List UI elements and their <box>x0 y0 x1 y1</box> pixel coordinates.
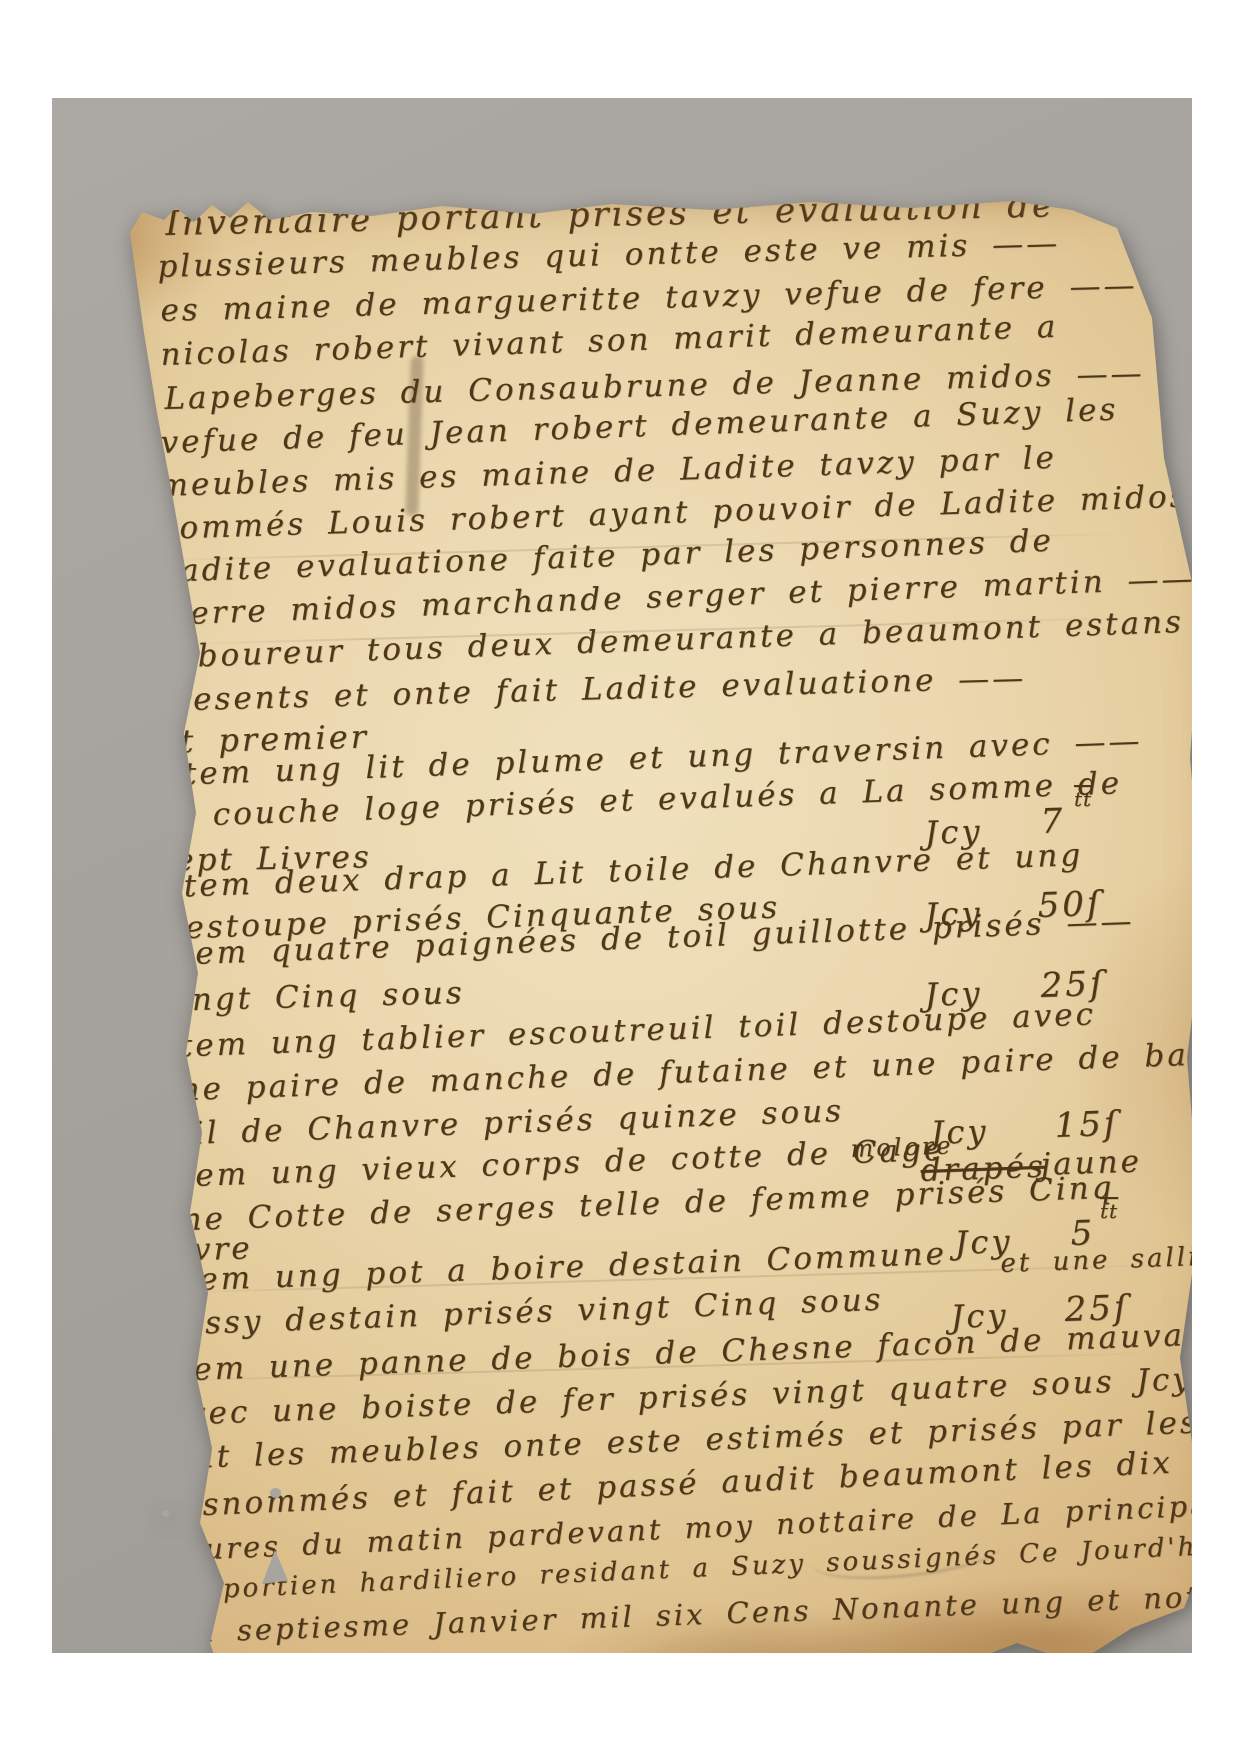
manuscript-line: une Cotte de serges telle de femme prisé… <box>158 1171 1115 1238</box>
manuscript-line: drapés <box>920 1150 1046 1188</box>
manuscript-line: meubles mis es maine de Ladite tavzy par… <box>158 441 1057 503</box>
manuscript-line: vefue de feu Jean robert demeurante a Su… <box>160 393 1119 461</box>
faint-scribble <box>810 1524 1003 1587</box>
paper-crease <box>172 617 1132 646</box>
manuscript-line: Item une panne de bois de Chesne facon d… <box>162 1316 1192 1388</box>
scanned-page: Inventaire portant prisés et evaluation … <box>0 0 1239 1754</box>
manuscript-line: 15ſ <box>1054 1106 1120 1146</box>
manuscript-line: dix septiesme Janvier mil six Cens Nonan… <box>162 1581 1192 1650</box>
manuscript-paper-wrapper: Inventaire portant prisés et evaluation … <box>112 198 1192 1653</box>
paper-crease <box>158 1352 1158 1382</box>
manuscript-line: susnommés et fait et passé audit beaumon… <box>160 1446 1173 1524</box>
manuscript-line: Laboureur tous deux demeurante a beaumon… <box>152 605 1184 675</box>
manuscript-line: es maine de margueritte tavzy vefue de f… <box>160 268 1138 328</box>
manuscript-line: destoupe prisés Cinquante sous <box>162 890 781 946</box>
ink-smear <box>405 356 424 516</box>
manuscript-line: pierre midos marchande serger et pierre … <box>154 562 1192 632</box>
manuscript-line: la couche loge prisés et evalués a La so… <box>156 766 1123 834</box>
manuscript-line: Item ung tablier escoutreuil toil destou… <box>164 997 1096 1064</box>
manuscript-line: tout les meubles onte este estimés et pr… <box>156 1403 1192 1476</box>
manuscript-line: aussy destain prisés vingt Cinq sous <box>160 1283 884 1342</box>
manuscript-line: nicolas robert vivant son marit demeuran… <box>160 310 1059 372</box>
paper-crease <box>152 532 1132 561</box>
manuscript-line: Jcy <box>930 1114 989 1151</box>
manuscript-line: Jcy <box>924 896 983 933</box>
manuscript-line: presents et onte fait Ladite evaluatione… <box>152 661 1027 718</box>
manuscript-line: Livre <box>156 1231 253 1268</box>
manuscript-line: et une salliere <box>1000 1241 1192 1278</box>
manuscript-line: 5 <box>1070 1215 1096 1253</box>
manuscript-line: toil de Chanvre prisés quinze sous <box>156 1094 845 1152</box>
manuscript-line: 50ſ <box>1037 886 1103 926</box>
manuscript-line: Jcy <box>924 814 983 851</box>
manuscript-paper: Inventaire portant prisés et evaluation … <box>112 198 1192 1653</box>
scanner-background: Inventaire portant prisés et evaluation … <box>52 98 1192 1653</box>
manuscript-line: heures du matin pardevant moy nottaire d… <box>162 1487 1192 1568</box>
manuscript-line: plussieurs meubles qui ontte este ve mis… <box>157 226 1061 284</box>
paper-hole <box>270 1488 281 1498</box>
paper-hole <box>162 1510 169 1517</box>
manuscript-line: tt <box>1100 1200 1118 1222</box>
manuscript-line: avec une boiste de fer prisés vingt quat… <box>166 1359 1192 1432</box>
manuscript-line: Item ung pot a boire destain Commune <box>168 1237 947 1298</box>
manuscript-line: molore <box>850 1132 954 1162</box>
manuscript-line: nommés Louis robert ayant pouvoir de Lad… <box>156 480 1189 547</box>
marginal-note: 14 <box>148 687 192 723</box>
manuscript-line: Item ung lit de plume et ung traversin a… <box>168 724 1143 792</box>
manuscript-line: vingt Cinq sous <box>158 976 465 1018</box>
manuscript-line: Item deux drap a Lit toile de Chanvre et… <box>168 838 1084 904</box>
manuscript-line: Jcy <box>950 1298 1009 1335</box>
manuscript-line: Ladite evaluatione faite par les personn… <box>156 524 1054 589</box>
manuscript-line: Jcy <box>954 1224 1013 1261</box>
manuscript-line: 25ſ <box>1040 966 1106 1006</box>
paper-crease <box>162 1264 1162 1294</box>
manuscript-line: 25ſ <box>1064 1290 1130 1330</box>
manuscript-line: Lapeberges du Consaubrune de Jeanne mido… <box>164 356 1145 416</box>
manuscript-line: Inventaire portant prisés et evaluation … <box>165 185 1152 243</box>
manuscript-line: Item ung vieux corps de cotte de Cage <box>164 1133 946 1194</box>
manuscript-line: sept Livres <box>156 840 372 878</box>
manuscript-line: et premier <box>158 719 369 760</box>
manuscript-line: Item quatre paignées de toil guillotte p… <box>164 904 1135 972</box>
manuscript-line: une paire de manche de futaine et une pa… <box>156 1037 1192 1108</box>
manuscript-line: 7 <box>1040 803 1066 841</box>
manuscript-line: Jcy <box>924 976 983 1013</box>
manuscript-line: de portien hardiliero residant a Suzy so… <box>164 1531 1192 1606</box>
manuscript-line: tt <box>1074 788 1092 810</box>
manuscript-line: jaune <box>1040 1144 1143 1182</box>
